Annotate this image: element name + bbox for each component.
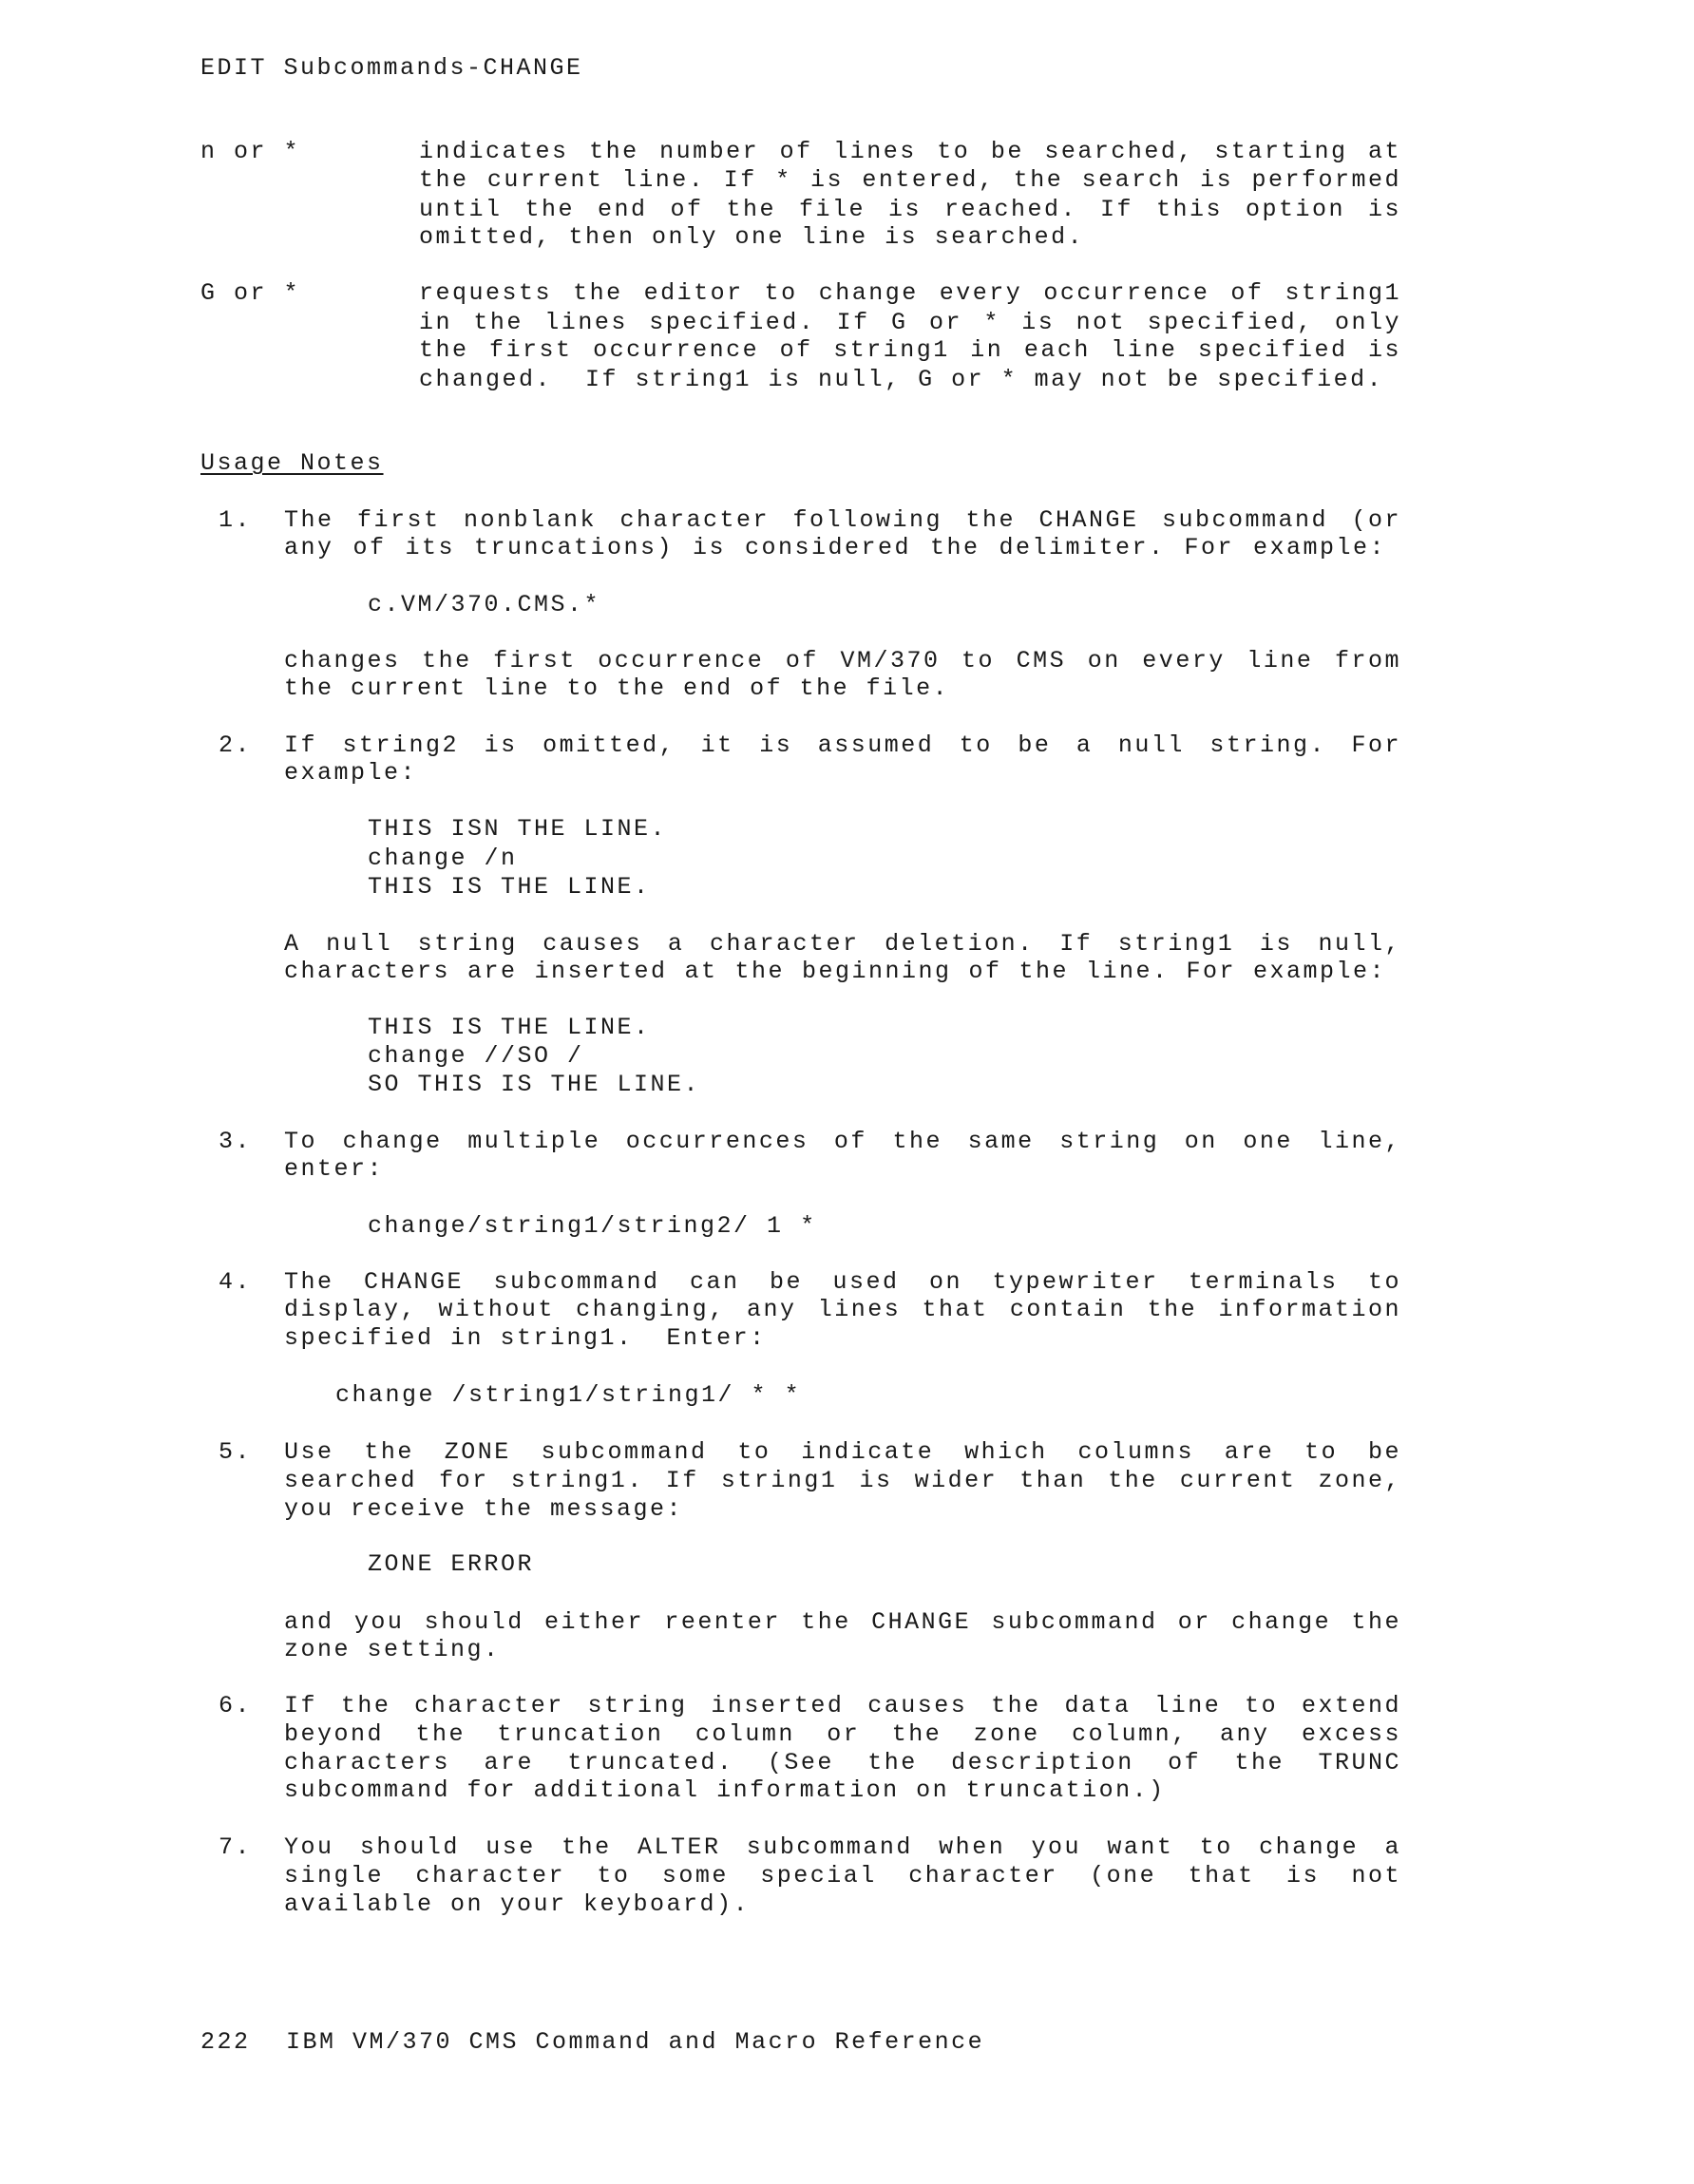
- code-example: change /n: [368, 845, 518, 873]
- note-line: specified in string1. Enter:: [284, 1324, 767, 1353]
- note-line: The first nonblank character following t…: [284, 506, 1401, 535]
- note-line: subcommand for additional information on…: [284, 1776, 1166, 1805]
- list-number: 3.: [219, 1128, 252, 1156]
- note-line: If string2 is omitted, it is assumed to …: [284, 731, 1401, 760]
- operand-desc-line: in the lines specified. If G or * is not…: [419, 309, 1401, 337]
- note-line: the current line to the end of the file.: [284, 674, 949, 703]
- note-line: you receive the message:: [284, 1495, 683, 1524]
- operand-desc-line: requests the editor to change every occu…: [419, 279, 1401, 308]
- code-example: THIS ISN THE LINE.: [368, 815, 667, 844]
- code-example: c.VM/370.CMS.*: [368, 591, 600, 619]
- list-number: 7.: [219, 1833, 252, 1862]
- note-line: searched for string1. If string1 is wide…: [284, 1467, 1401, 1495]
- note-line: The CHANGE subcommand can be used on typ…: [284, 1268, 1401, 1297]
- code-example: SO THIS IS THE LINE.: [368, 1071, 700, 1099]
- list-number: 1.: [219, 506, 252, 535]
- note-line: available on your keyboard).: [284, 1890, 750, 1919]
- operand-desc-line: changed. If string1 is null, G or * may …: [419, 366, 1383, 394]
- note-line: zone setting.: [284, 1636, 501, 1664]
- usage-notes-heading: Usage Notes: [200, 449, 384, 478]
- note-line: To change multiple occurrences of the sa…: [284, 1128, 1401, 1156]
- operand-desc-line: until the end of the file is reached. If…: [419, 196, 1401, 224]
- operand-desc-line: omitted, then only one line is searched.: [419, 223, 1084, 252]
- code-example: THIS IS THE LINE.: [368, 873, 651, 902]
- operand-term: n or *: [200, 138, 300, 166]
- code-example: change/string1/string2/ 1 *: [368, 1212, 817, 1241]
- note-line: example:: [284, 759, 417, 788]
- code-example: THIS IS THE LINE.: [368, 1014, 651, 1042]
- page-number: 222: [200, 2028, 251, 2057]
- note-line: characters are inserted at the beginning…: [284, 958, 1386, 986]
- note-line: changes the first occurrence of VM/370 t…: [284, 647, 1401, 675]
- operand-desc-line: indicates the number of lines to be sear…: [419, 138, 1401, 166]
- note-line: any of its truncations) is considered th…: [284, 534, 1386, 562]
- list-number: 4.: [219, 1268, 252, 1297]
- note-line: characters are truncated. (See the descr…: [284, 1749, 1401, 1777]
- note-line: Use the ZONE subcommand to indicate whic…: [284, 1438, 1401, 1467]
- note-line: If the character string inserted causes …: [284, 1692, 1401, 1720]
- operand-term: G or *: [200, 279, 300, 308]
- note-line: display, without changing, any lines tha…: [284, 1296, 1401, 1324]
- note-line: beyond the truncation column or the zone…: [284, 1720, 1401, 1749]
- list-number: 6.: [219, 1692, 252, 1720]
- note-line: and you should either reenter the CHANGE…: [284, 1608, 1401, 1637]
- code-example: change /string1/string1/ * *: [335, 1381, 801, 1410]
- note-line: You should use the ALTER subcommand when…: [284, 1833, 1401, 1862]
- code-example: change //SO /: [368, 1042, 584, 1071]
- book-title: IBM VM/370 CMS Command and Macro Referen…: [286, 2028, 984, 2057]
- operand-desc-line: the first occurrence of string1 in each …: [419, 336, 1401, 365]
- list-number: 5.: [219, 1438, 252, 1467]
- note-line: enter:: [284, 1155, 384, 1184]
- note-line: single character to some special charact…: [284, 1862, 1401, 1890]
- note-line: A null string causes a character deletio…: [284, 930, 1401, 959]
- error-message-example: ZONE ERROR: [368, 1550, 534, 1579]
- list-number: 2.: [219, 731, 252, 760]
- operand-desc-line: the current line. If * is entered, the s…: [419, 166, 1401, 195]
- running-header: EDIT Subcommands-CHANGE: [200, 54, 583, 83]
